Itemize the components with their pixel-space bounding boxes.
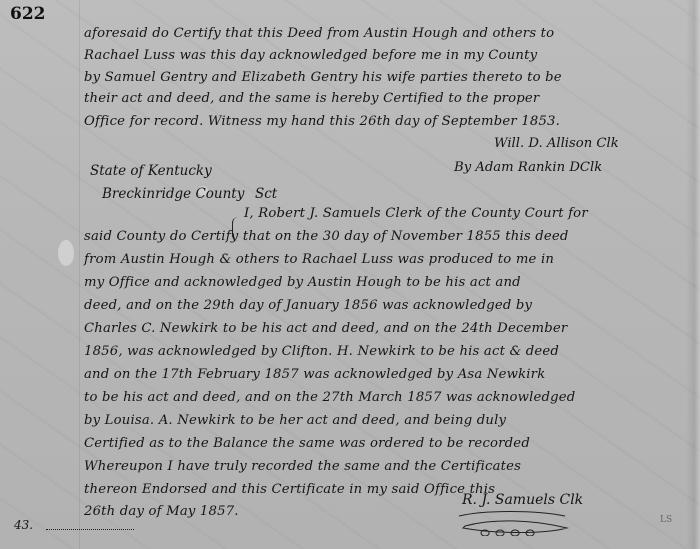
text-line: said County do Certify that on the 30 da… [84,229,569,244]
text-line: Whereupon I have truly recorded the same… [84,459,521,474]
margin-flourish [46,526,134,530]
clerk-signature: Will. D. Allison Clk [494,136,619,151]
text-line: Charles C. Newkirk to be his act and dee… [84,321,567,336]
text-line: to be his act and deed, and on the 27th … [84,390,575,405]
venue-county: Breckinridge County [102,186,244,202]
text-line: 1856, was acknowledged by Clifton. H. Ne… [84,344,559,359]
venue-abbrev: Sct [255,186,277,202]
text-line: by Louisa. A. Newkirk to be her act and … [84,413,506,428]
text-line: Certified as to the Balance the same was… [84,436,530,451]
text-line: Office for record. Witness my hand this … [84,114,560,129]
text-line: Rachael Luss was this day acknowledged b… [84,48,537,63]
page-edge [686,0,700,549]
paper-blot [58,240,74,266]
text-line: from Austin Hough & others to Rachael Lu… [84,252,554,267]
text-line: and on the 17th February 1857 was acknow… [84,367,545,382]
clerk-signature-main: R. J. Samuels Clk [462,492,583,508]
deputy-clerk-signature: By Adam Rankin DClk [454,160,602,175]
text-line: deed, and on the 29th day of January 185… [84,298,532,313]
text-line: 26th day of May 1857. [84,504,239,519]
text-line: thereon Endorsed and this Certificate in… [84,482,495,497]
page-number: 622 [10,4,46,24]
margin-note: 43. [14,518,33,532]
text-line: I, Robert J. Samuels Clerk of the County… [244,206,588,221]
text-line: their act and deed, and the same is here… [84,91,539,106]
signature-flourish-icon [455,508,575,536]
text-line: by Samuel Gentry and Elizabeth Gentry hi… [84,70,562,85]
text-line: aforesaid do Certify that this Deed from… [84,26,554,41]
corner-note: LS [660,515,672,525]
margin-rule [79,0,80,549]
text-line: my Office and acknowledged by Austin Hou… [84,275,521,290]
document-page: 622 aforesaid do Certify that this Deed … [0,0,700,549]
venue-state: State of Kentucky [90,163,212,179]
